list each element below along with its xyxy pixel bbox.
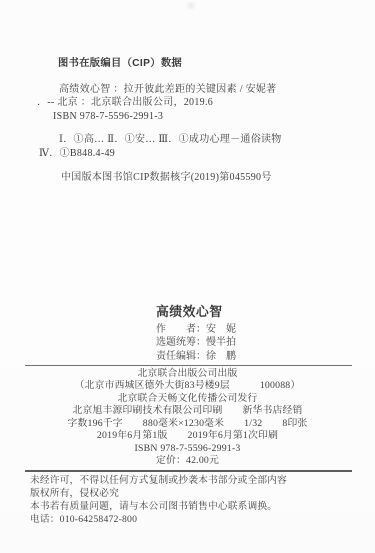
publisher-block: 北京联合出版公司出版 （北京市西城区德外大街83号楼9层 100088） 北京联… — [0, 368, 375, 468]
format-line: 字数196千字 880毫米×1230毫米 1/32 8印张 — [0, 418, 375, 430]
publisher-name-line: 北京联合出版公司出版 — [0, 368, 375, 380]
notice-divider — [25, 470, 352, 472]
copyright-reserved-line: 版权所有，侵权必究 — [30, 487, 360, 500]
price-line: 定价：42.00元 — [0, 455, 375, 467]
phone-line: 电话：010-64258472-800 — [30, 513, 360, 526]
edition-line: 2019年6月第1版 2019年6月第1次印刷 — [0, 430, 375, 442]
publisher-address-line: （北京市西城区德外大街83号楼9层 100088） — [0, 380, 375, 392]
cip-publisher-line: ．-- 北京 ：北京联合出版公司，2019.6 — [37, 96, 357, 110]
editor-label: 责任编辑： — [156, 351, 206, 362]
printer-line: 北京旭丰源印刷技术有限公司印刷 新华书店经销 — [0, 405, 375, 417]
scan-artifact — [185, 1, 197, 10]
copy-prohibition-line: 未经许可，不得以任何方式复制或抄袭本书部分或全部内容 — [30, 474, 360, 487]
isbn-line: ISBN 978-7-5596-2991-3 — [0, 443, 375, 455]
publisher-divider — [25, 365, 352, 366]
book-title: 高绩效心智 — [156, 305, 236, 318]
author-label: 作 者： — [156, 324, 206, 335]
planner-name: 慢半拍 — [206, 337, 236, 348]
cip-classification-line-2: Ⅳ．①B848.4-49 — [39, 147, 357, 161]
editor-row: 责任编辑：徐 鹏 — [156, 350, 236, 363]
copyright-page: 图书在版编目（CIP）数据 高绩效心智 ：拉开彼此差距的关键因素 / 安妮著 ．… — [0, 0, 375, 553]
distributor-line: 北京联合天畅文化传播公司发行 — [0, 393, 375, 405]
author-row: 作 者：安 妮 — [156, 323, 236, 336]
author-name: 安 妮 — [206, 324, 236, 335]
planner-label: 选题统筹： — [156, 337, 206, 348]
editor-name: 徐 鹏 — [206, 351, 236, 362]
cip-record-number: 中国版本图书馆CIP数据核字(2019)第045590号 — [61, 171, 357, 185]
cip-title-line: 高绩效心智 ：拉开彼此差距的关键因素 / 安妮著 — [59, 83, 357, 97]
cip-isbn-line: ISBN 978-7-5596-2991-3 — [53, 110, 357, 124]
cip-heading: 图书在版编目（CIP）数据 — [58, 57, 357, 71]
planner-row: 选题统筹：慢半拍 — [156, 336, 236, 349]
title-block: 高绩效心智 作 者：安 妮 选题统筹：慢半拍 责任编辑：徐 鹏 — [156, 305, 236, 363]
cip-block: 图书在版编目（CIP）数据 高绩效心智 ：拉开彼此差距的关键因素 / 安妮著 ．… — [37, 57, 357, 185]
quality-notice-line: 本书若有质量问题，请与本公司图书销售中心联系调换。 — [30, 500, 360, 513]
notice-block: 未经许可，不得以任何方式复制或抄袭本书部分或全部内容 版权所有，侵权必究 本书若… — [30, 474, 360, 526]
cip-classification-line-1: Ⅰ．①高… Ⅱ．①安… Ⅲ．①成功心理－通俗读物 — [59, 133, 357, 147]
